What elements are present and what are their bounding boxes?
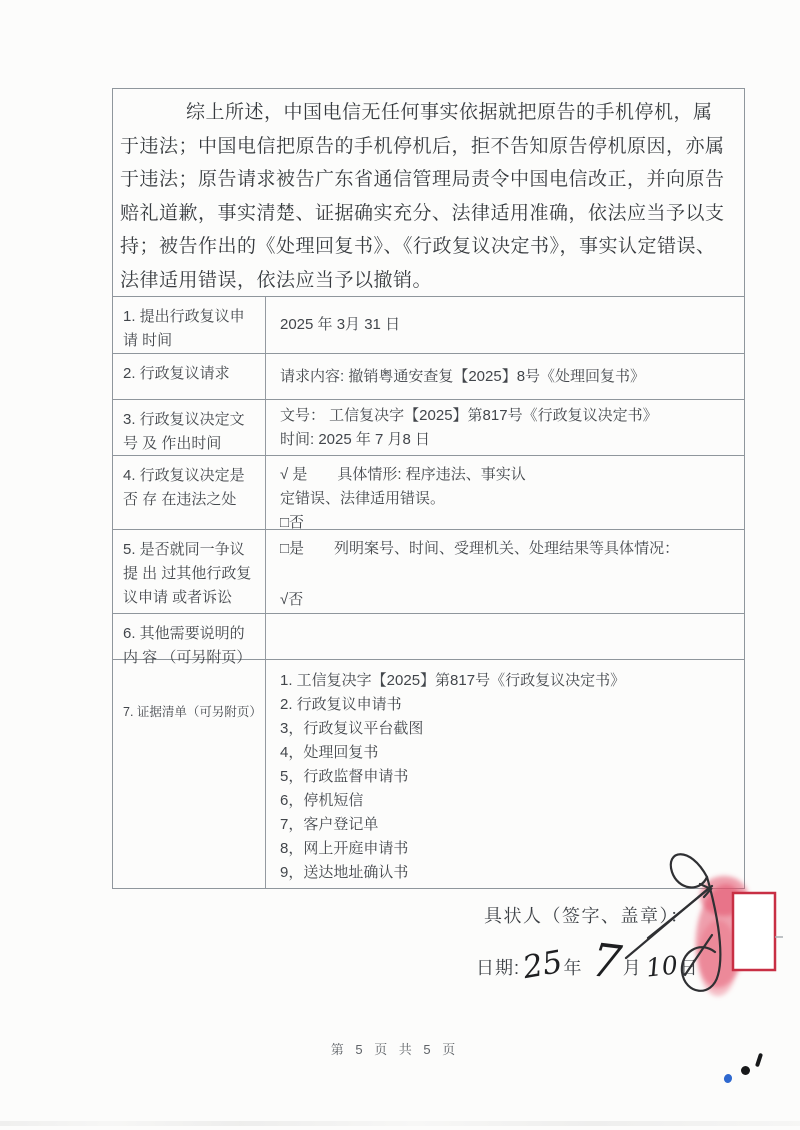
evidence-item: 5，行政监督申请书 [280,764,734,788]
table-row: 3. 行政复议决定文号 及 作出时间 文号： 工信复决字【2025】第817号《… [113,399,744,455]
row-value: 文号： 工信复决字【2025】第817号《行政复议决定书》 时间: 2025 年… [266,400,744,455]
row-label: 2. 行政复议请求 [113,354,266,399]
review-request: 请求内容: 撤销粤通安查复【2025】8号《处理回复书》 [280,365,734,389]
row-label: 3. 行政复议决定文号 及 作出时间 [113,400,266,455]
checkbox-yes-unchecked: □是 列明案号、时间、受理机关、处理结果等具体情况： [280,537,734,561]
blue-ink-dot [723,1073,734,1084]
evidence-item: 3，行政复议平台截图 [280,716,734,740]
scanner-edge-shadow [0,1121,800,1126]
checkbox-yes-checked: √ 是 具体情形: 程序违法、事实认 [280,463,734,487]
row-label: 6. 其他需要说明的内 容 （可另附页） [113,614,266,659]
table-row: 2. 行政复议请求 请求内容: 撤销粤通安查复【2025】8号《处理回复书》 [113,353,744,399]
review-form-table: 综上所述，中国电信无任何事实依据就把原告的手机停机，属于违法；中国电信把原告的手… [112,88,745,889]
row-value: □是 列明案号、时间、受理机关、处理结果等具体情况： √否 [266,530,744,613]
checkbox-no-checked: √否 [280,588,734,612]
row-value: √ 是 具体情形: 程序违法、事实认 定错误、法律适用错误。 □否 [266,456,744,529]
signature-stamp-overlay [580,818,800,1030]
page-number: 第 5 页 共 5 页 [0,1039,790,1058]
row-value: 2025 年 3月 31 日 [266,297,744,353]
evidence-item: 1. 工信复决字【2025】第817号《行政复议决定书》 [280,668,734,692]
redaction-box [733,893,775,970]
row-label: 7. 证据清单（可另附页） [113,660,266,888]
table-row: 6. 其他需要说明的内 容 （可另附页） [113,613,744,659]
row-value: 请求内容: 撤销粤通安查复【2025】8号《处理回复书》 [266,354,744,399]
evidence-item: 6，停机短信 [280,788,734,812]
row-value [266,614,744,659]
scanned-document-page: 综上所述，中国电信无任何事实依据就把原告的手机停机，属于违法；中国电信把原告的手… [0,0,800,1130]
black-ink-dot [741,1066,750,1075]
row-label: 4. 行政复议决定是否 存 在违法之处 [113,456,266,529]
handwritten-year: 25 [521,947,565,984]
date-prefix: 日期: [476,942,520,980]
decision-number: 文号： 工信复决字【2025】第817号《行政复议决定书》 [280,404,734,428]
summary-paragraph: 综上所述，中国电信无任何事实依据就把原告的手机停机，属于违法；中国电信把原告的手… [113,89,744,296]
decision-time: 时间: 2025 年 7 月8 日 [280,428,734,452]
empty-value [280,625,734,649]
table-row: 5. 是否就同一争议提 出 过其他行政复 议申请 或者诉讼 □是 列明案号、时间… [113,529,744,613]
violation-detail: 定错误、法律适用错误。 [280,487,734,511]
table-row: 4. 行政复议决定是否 存 在违法之处 √ 是 具体情形: 程序违法、事实认 定… [113,455,744,529]
filing-date: 2025 年 3月 31 日 [280,313,734,337]
row-label: 5. 是否就同一争议提 出 过其他行政复 议申请 或者诉讼 [113,530,266,613]
table-row: 1. 提出行政复议申 请 时间 2025 年 3月 31 日 [113,296,744,353]
evidence-item: 4，处理回复书 [280,740,734,764]
row-label: 1. 提出行政复议申 请 时间 [113,297,266,353]
evidence-item: 2. 行政复议申请书 [280,692,734,716]
